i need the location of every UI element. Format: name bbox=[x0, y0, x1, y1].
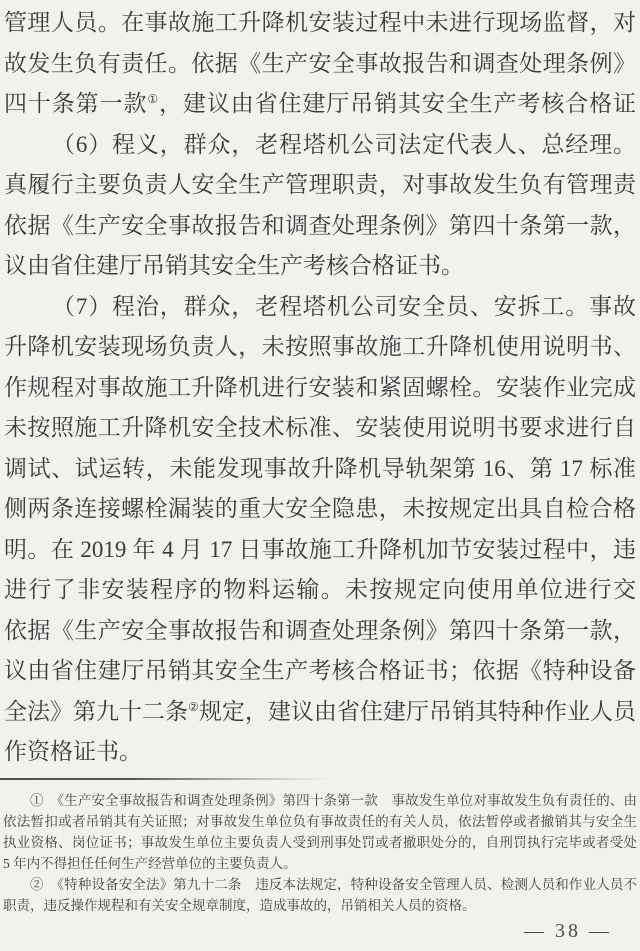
text-line: 调试、试运转，未能发现事故升降机导轨架第 16、第 17 标准节西 bbox=[0, 449, 640, 490]
text-line: ② 《特种设备安全法》第九十二条 违反本法规定，特种设备安全管理人员、检测人员和… bbox=[0, 874, 640, 895]
text-line: 依法暂扣或者吊销其有关证照；对事故发生单位负有事故责任的有关人员，依法暂停或者撤… bbox=[0, 811, 640, 832]
text-line: 职责，违反操作规程和有关安全规章制度，造成事故的，吊销相关人员的资格。 bbox=[0, 895, 640, 916]
text-line: 依据《生产安全事故报告和调查处理条例》第四十条第一款，建 bbox=[0, 206, 640, 247]
text-line: 议由省住建厅吊销其安全生产考核合格证书；依据《特种设备安 bbox=[0, 651, 640, 692]
text-line: 管理人员。在事故施工升降机安装过程中未进行现场监督，对事 bbox=[0, 3, 640, 44]
text-line: ① 《生产安全事故报告和调查处理条例》第四十条第一款 事故发生单位对事故发生负有… bbox=[0, 790, 640, 811]
text-line: 进行了非安装程序的物料运输。未按规定向使用单位进行交接。 bbox=[0, 570, 640, 611]
text-line: 作资格证书。 bbox=[0, 732, 640, 773]
text-line: 明。在 2019 年 4 月 17 日事故施工升降机加节安装过程中，违规 bbox=[0, 530, 640, 571]
text-line: 真履行主要负责人安全生产管理职责，对事故发生负有管理责任。 bbox=[0, 165, 640, 206]
text-line: 侧两条连接螺栓漏装的重大安全隐患，未按规定出具自检合格证 bbox=[0, 489, 640, 530]
text-line: 四十条第一款①，建议由省住建厅吊销其安全生产考核合格证书。 bbox=[0, 84, 640, 125]
text-line: 依据《生产安全事故报告和调查处理条例》第四十条第一款，建 bbox=[0, 611, 640, 652]
text-line: 作规程对事故施工升降机进行安装和紧固螺栓。安装作业完成后， bbox=[0, 368, 640, 409]
document-page: 管理人员。在事故施工升降机安装过程中未进行现场监督，对事故发生负有责任。依据《生… bbox=[0, 0, 640, 951]
page-number: — 38 — bbox=[524, 920, 612, 943]
text-line: 执业资格、岗位证书；事故发生单位主要负责人受到刑事处罚或者撤职处分的，自刑罚执行… bbox=[0, 832, 640, 853]
text-line: 议由省住建厅吊销其安全生产考核合格证书。 bbox=[0, 246, 640, 287]
footnotes-section: ① 《生产安全事故报告和调查处理条例》第四十条第一款 事故发生单位对事故发生负有… bbox=[0, 780, 640, 916]
text-line: （6）程义，群众，老程塔机公司法定代表人、总经理。未认 bbox=[0, 125, 640, 166]
text-line: 全法》第九十二条②规定，建议由省住建厅吊销其特种作业人员操 bbox=[0, 692, 640, 733]
text-line: 5 年内不得担任任何生产经营单位的主要负责人。 bbox=[0, 853, 640, 874]
text-line: 升降机安装现场负责人，未按照事故施工升降机使用说明书、操 bbox=[0, 327, 640, 368]
text-line: 未按照施工升降机安全技术标准、安装使用说明书要求进行自检、 bbox=[0, 408, 640, 449]
text-line: 故发生负有责任。依据《生产安全事故报告和调查处理条例》第 bbox=[0, 44, 640, 85]
text-line: （7）程治，群众，老程塔机公司安全员、安拆工。事故施工 bbox=[0, 287, 640, 328]
document-body: 管理人员。在事故施工升降机安装过程中未进行现场监督，对事故发生负有责任。依据《生… bbox=[0, 0, 640, 773]
